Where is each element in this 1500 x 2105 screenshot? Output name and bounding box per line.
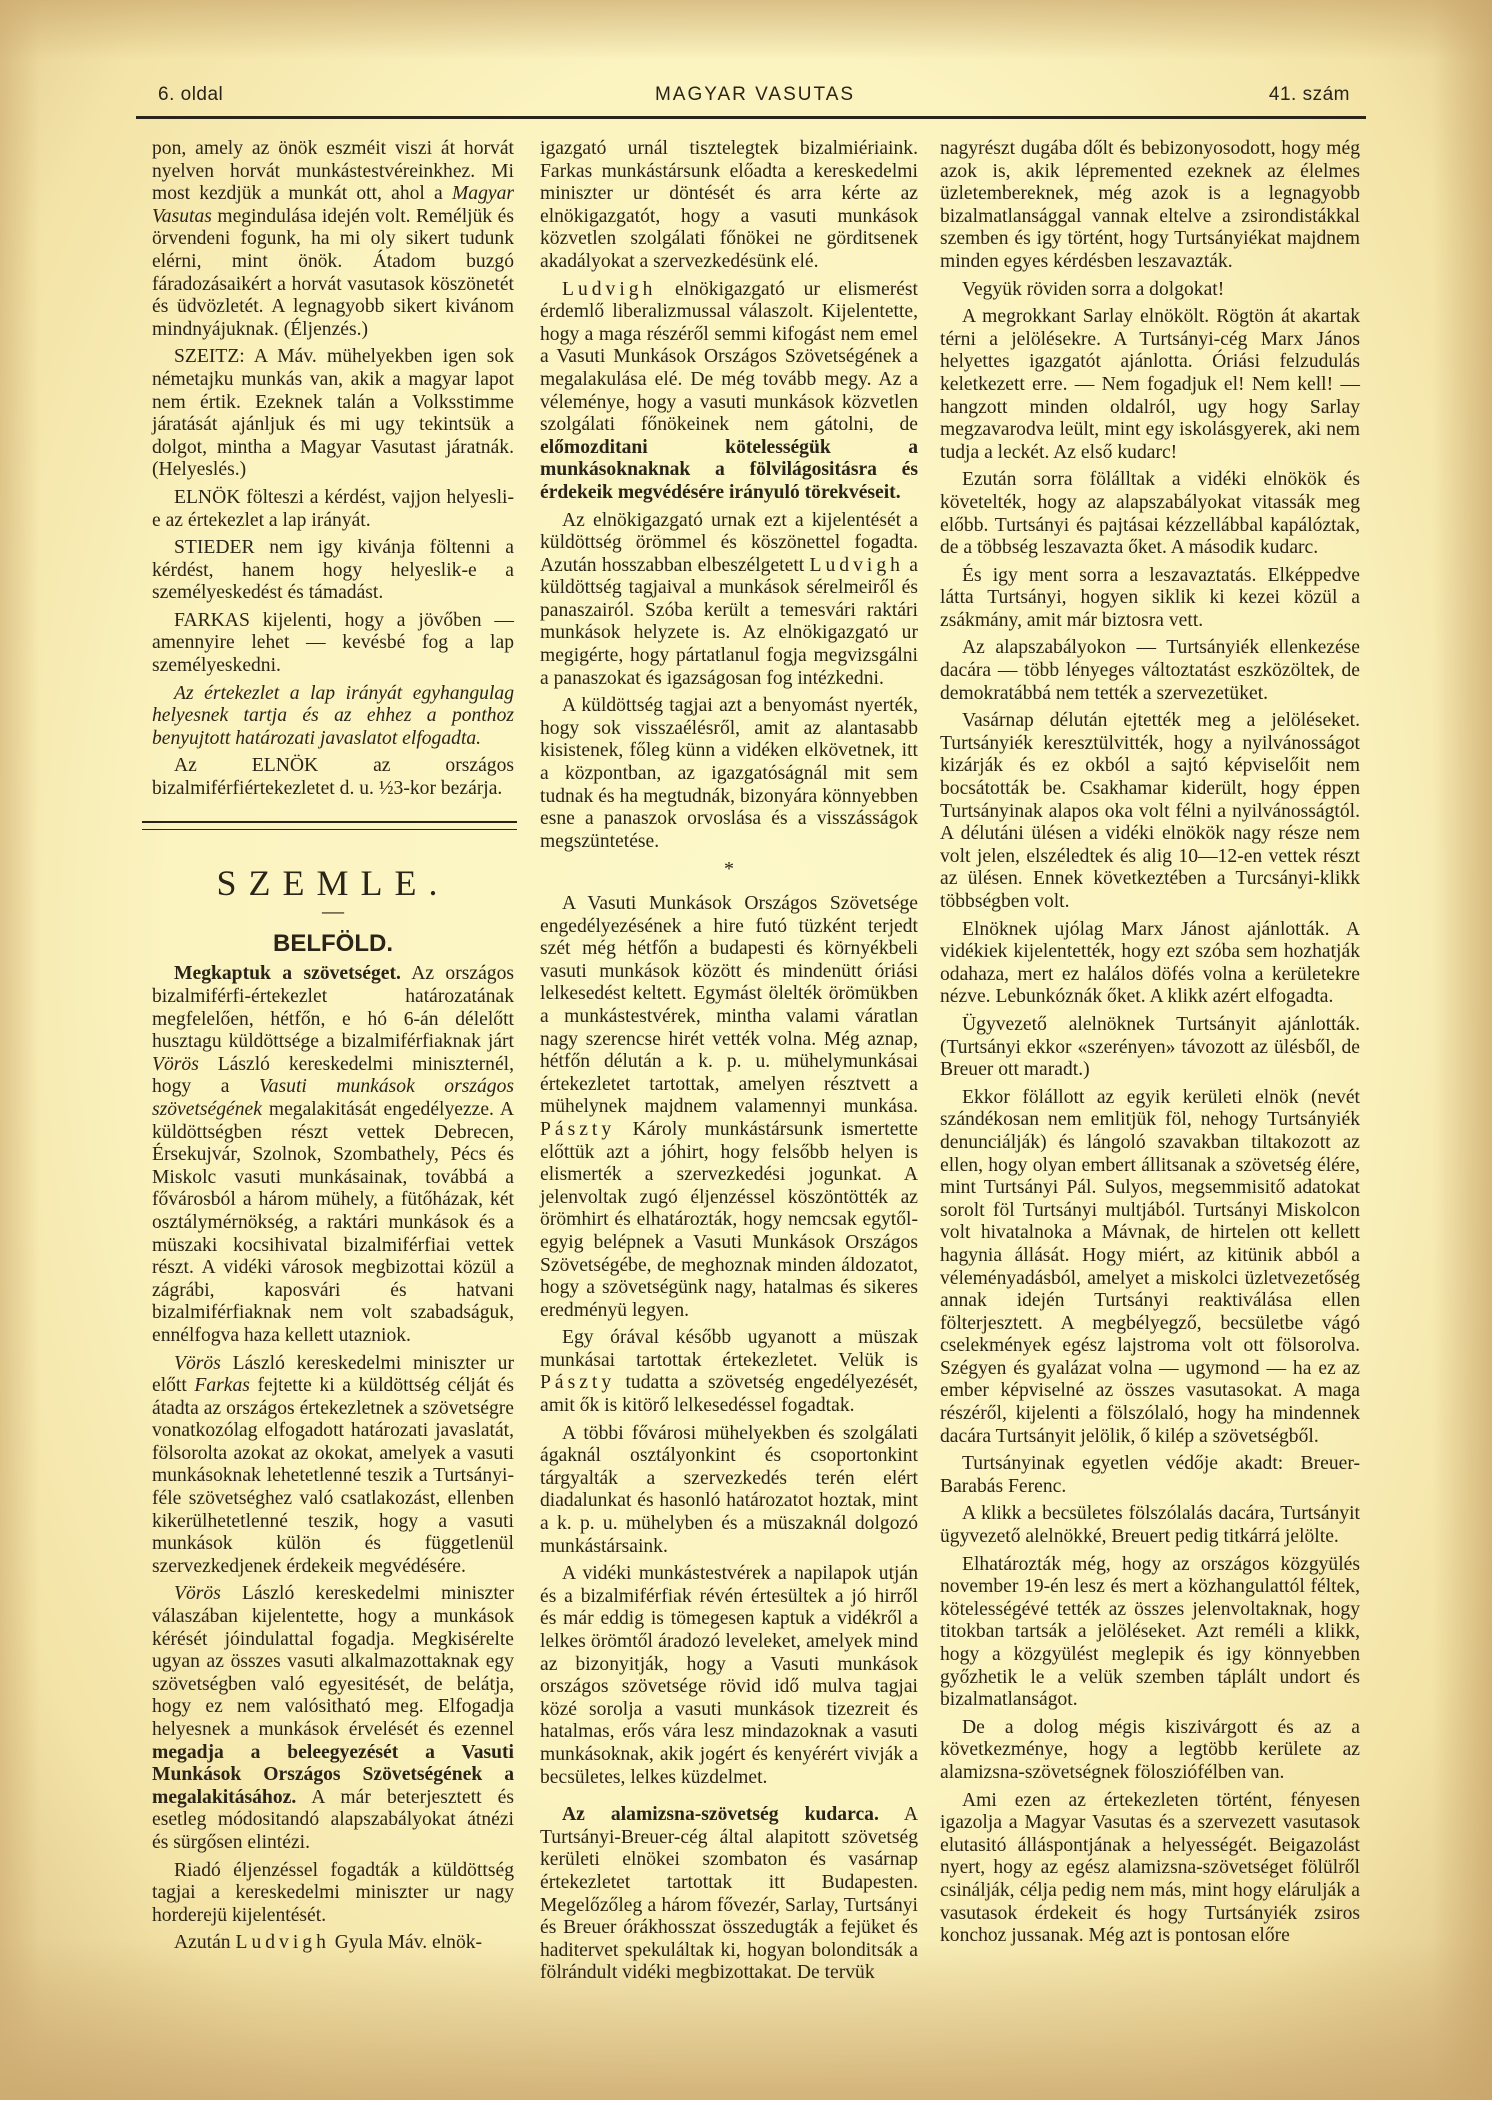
article-paragraph: Elhatározták még, hogy az országos közgy… bbox=[940, 1554, 1360, 1712]
paragraph: Az ELNÖK az országos bizalmiférfiértekez… bbox=[152, 755, 514, 800]
article-headline: Az alamizsna-szövetség kudarca. bbox=[562, 1804, 879, 1825]
article-paragraph: igazgató urnál tisztelegtek bizalmiériai… bbox=[540, 138, 918, 274]
article-paragraph: A megrokkant Sarlay elnökölt. Rögtön át … bbox=[940, 306, 1360, 464]
paragraph: FARKAS kijelenti, hogy a jövőben — amenn… bbox=[152, 610, 514, 678]
article-paragraph: Turtsányinak egyetlen védője akadt: Breu… bbox=[940, 1453, 1360, 1498]
aged-paper-edge-right bbox=[1432, 0, 1492, 2100]
article-paragraph: Az elnökigazgató urnak ezt a kijelentésé… bbox=[540, 510, 918, 691]
article-headline: Megkaptuk a szövetséget. bbox=[174, 963, 401, 984]
article-paragraph: Elnöknek ujólag Marx Jánost ajánlották. … bbox=[940, 919, 1360, 1009]
article-paragraph: Egy órával később ugyanott a müszak munk… bbox=[540, 1327, 918, 1417]
article-paragraph: És igy ment sorra a leszavaztatás. Elkép… bbox=[940, 565, 1360, 633]
article-paragraph: Megkaptuk a szövetséget. Az országos biz… bbox=[152, 963, 514, 1347]
resolution-paragraph: Az értekezlet a lap irányát egyhangulag … bbox=[152, 683, 514, 751]
article-paragraph: Ami ezen az értekezleten történt, fényes… bbox=[940, 1790, 1360, 1948]
paragraph: SZEITZ: A Máv. mühelyekben igen sok néme… bbox=[152, 346, 514, 482]
paragraph: STIEDER nem igy kivánja föltenni a kérdé… bbox=[152, 537, 514, 605]
section-title: SZEMLE. bbox=[152, 872, 514, 895]
article-paragraph: Vörös László kereskedelmi miniszter vála… bbox=[152, 1583, 514, 1854]
article-paragraph: Ügyvezető alelnöknek Turtsányit ajánlott… bbox=[940, 1014, 1360, 1082]
section-divider bbox=[142, 821, 517, 830]
article-paragraph: De a dolog mégis kiszivárgott és az a kö… bbox=[940, 1717, 1360, 1785]
asterisk-separator: * bbox=[540, 858, 918, 881]
article-paragraph: Vegyük röviden sorra a dolgokat! bbox=[940, 279, 1360, 302]
article-paragraph: Vörös László kereskedelmi miniszter ur e… bbox=[152, 1353, 514, 1579]
header-rule bbox=[136, 116, 1366, 119]
article-paragraph: Vasárnap délután ejtették meg a jelölése… bbox=[940, 710, 1360, 913]
section-dash: — bbox=[152, 900, 514, 923]
article-paragraph: A klikk a becsületes fölszólalás dacára,… bbox=[940, 1503, 1360, 1548]
article-paragraph: A küldöttség tagjai azt a benyomást nyer… bbox=[540, 695, 918, 853]
column-1: pon, amely az önök eszméit viszi át horv… bbox=[152, 138, 514, 1960]
article-paragraph: Az alapszabályokon — Turtsányiék ellenke… bbox=[940, 637, 1360, 705]
publication-title: MAGYAR VASUTAS bbox=[150, 84, 1360, 106]
issue-number: 41. szám bbox=[1269, 84, 1350, 106]
article-paragraph: A Vasuti Munkások Országos Szövetsége en… bbox=[540, 893, 918, 1322]
subsection-title: BELFÖLD. bbox=[152, 933, 514, 956]
aged-paper-edge-left bbox=[0, 0, 40, 2100]
running-head: 6. oldal MAGYAR VASUTAS 41. szám bbox=[150, 84, 1360, 114]
column-3: nagyrészt dugába dőlt és bebizonyosodott… bbox=[940, 138, 1360, 1953]
article-paragraph: A többi fővárosi mühelyekben és szolgála… bbox=[540, 1423, 918, 1559]
article-paragraph: Ekkor fölállott az egyik kerületi elnök … bbox=[940, 1087, 1360, 1449]
paragraph: ELNÖK fölteszi a kérdést, vajjon helyesl… bbox=[152, 487, 514, 532]
column-2: igazgató urnál tisztelegtek bizalmiériai… bbox=[540, 138, 918, 1990]
newspaper-page: 6. oldal MAGYAR VASUTAS 41. szám pon, am… bbox=[0, 0, 1492, 2100]
article-paragraph: Azután Ludvigh Gyula Máv. elnök- bbox=[152, 1932, 514, 1955]
article-paragraph: Riadó éljenzéssel fogadták a küldöttség … bbox=[152, 1860, 514, 1928]
article-paragraph: Ezután sorra fölálltak a vidéki elnökök … bbox=[940, 469, 1360, 559]
paragraph: pon, amely az önök eszméit viszi át horv… bbox=[152, 138, 514, 341]
aged-paper-edge-top bbox=[0, 0, 1492, 60]
article-paragraph: A vidéki munkástestvérek a napilapok utj… bbox=[540, 1563, 918, 1789]
article-paragraph: Az alamizsna-szövetség kudarca. A Turtsá… bbox=[540, 1804, 918, 1985]
article-paragraph: Ludvigh elnökigazgató ur elismerést érde… bbox=[540, 279, 918, 505]
article-paragraph: nagyrészt dugába dőlt és bebizonyosodott… bbox=[940, 138, 1360, 274]
